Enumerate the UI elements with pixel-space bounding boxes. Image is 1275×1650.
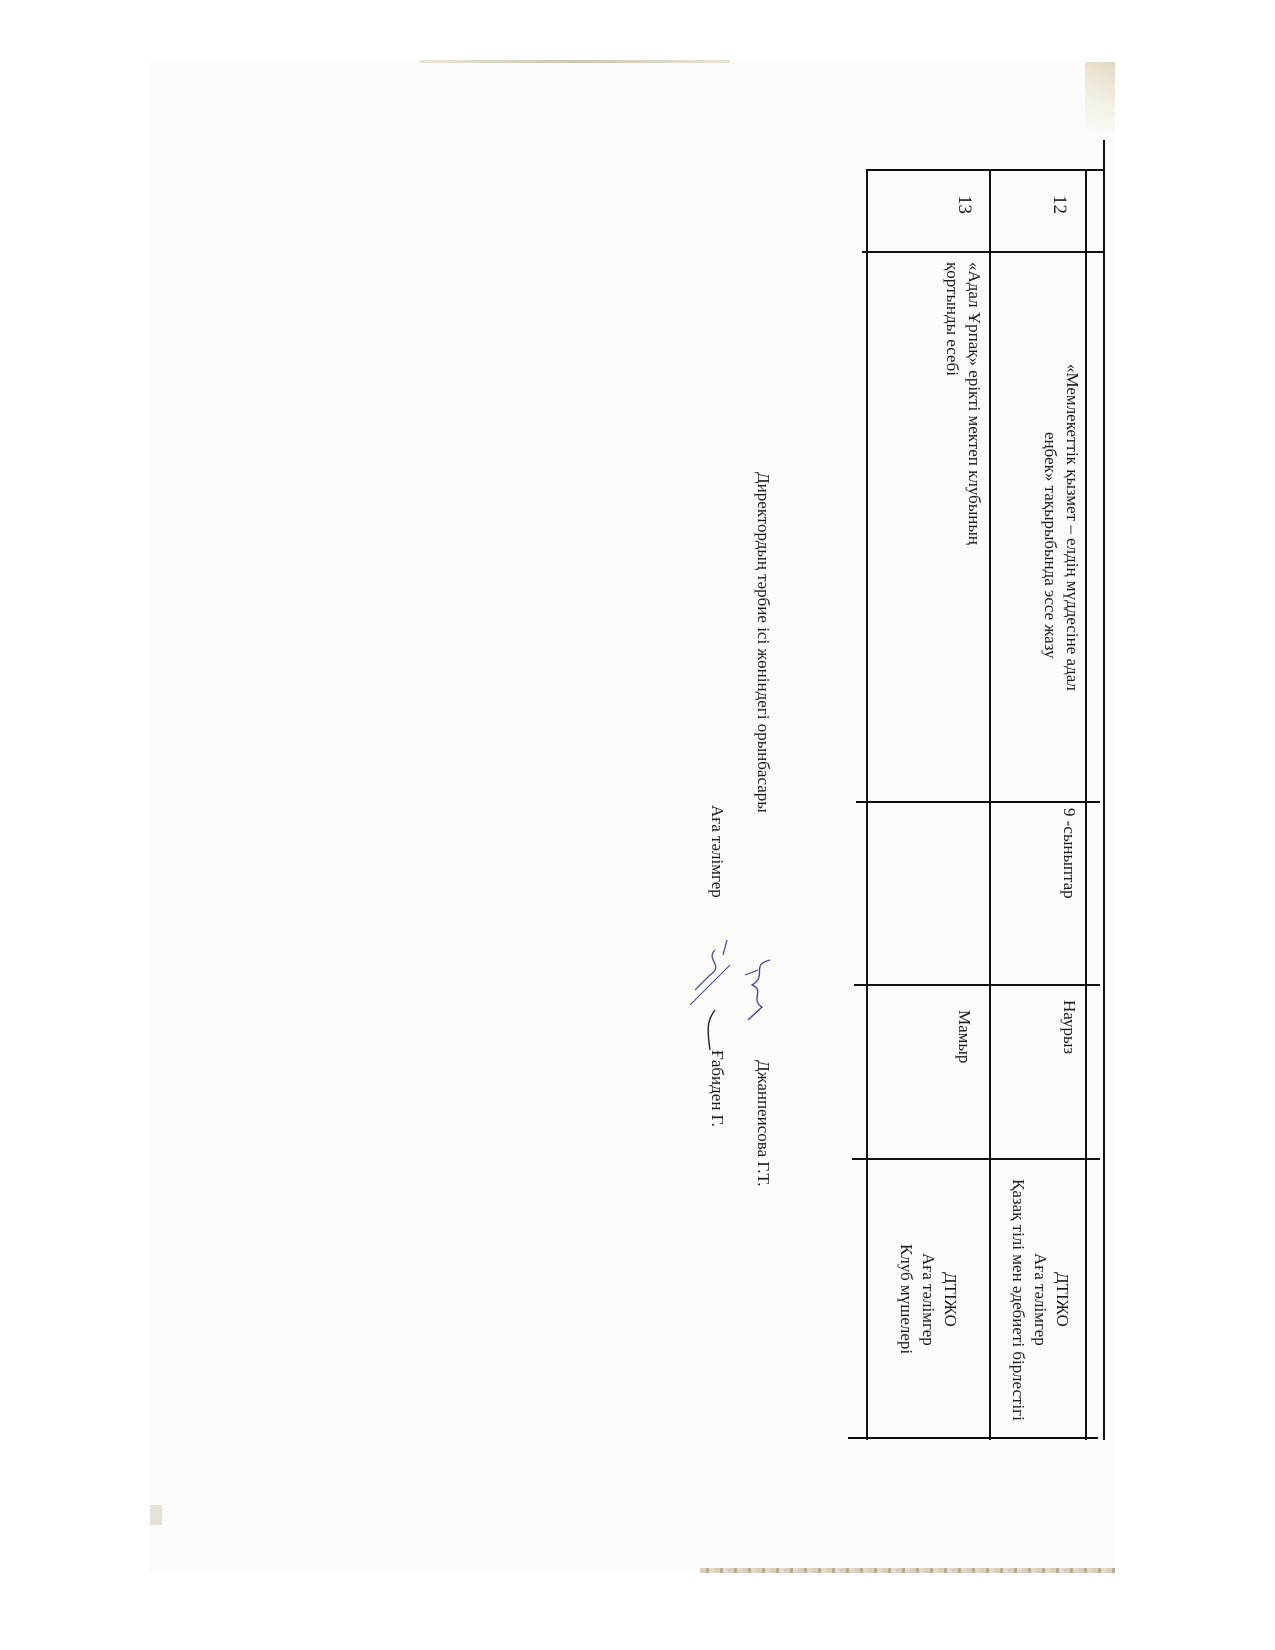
signature-position: Аға тәлімгер — [706, 805, 728, 898]
signature-name: Ғабиден Г. — [706, 1050, 728, 1127]
participants-cell — [935, 808, 975, 978]
month-cell: Мамыр — [935, 1010, 975, 1150]
event-cell: «Мемлекеттік қызмет – елдің мүддесіне ад… — [995, 255, 1083, 800]
page-edge-bottom — [700, 1568, 1115, 1573]
responsible-line: Аға тәлімгер — [1029, 1253, 1051, 1346]
signature-mark — [685, 935, 735, 1055]
responsible-cell: ДТІЖО Аға тәлімгер Қазақ тілі мен әдебие… — [995, 1162, 1085, 1437]
page-corner-fold — [1085, 62, 1115, 132]
event-line: «Адал Ұрпақ» ерікті мектеп клубының — [963, 262, 985, 792]
event-cell: «Адал Ұрпақ» ерікті мектеп клубының қорт… — [900, 262, 985, 792]
table-border-top — [866, 169, 1104, 171]
column-divider-event — [856, 801, 1100, 803]
responsible-line: ДТІЖО — [1051, 1272, 1073, 1327]
row-number: 12 — [1030, 195, 1070, 245]
row-divider-previous — [1085, 170, 1087, 1440]
signature-mark — [740, 955, 780, 1025]
signature-position: Директордың тәрбие ісі жөніндегі орынбас… — [752, 472, 774, 813]
column-divider-participants — [854, 984, 1100, 986]
responsible-line: Аға тәлімгер — [917, 1253, 939, 1346]
column-divider-number — [862, 251, 1104, 253]
participants-cell: 9 -сыныптар — [1040, 808, 1080, 978]
table-border-left — [866, 170, 868, 1440]
column-divider-month — [852, 1158, 1100, 1160]
event-line: еңбек» тақырыбында эссе жазу — [1039, 397, 1061, 659]
event-line: «Мемлекеттік қызмет – елдің мүддесіне ад… — [1061, 364, 1083, 691]
table-border-bottom — [848, 1437, 1098, 1439]
row-number: 13 — [935, 195, 975, 245]
scan-smudge — [150, 1505, 162, 1525]
responsible-cell: ДТІЖО Аға тәлімгер Клуб мүшелері — [872, 1162, 984, 1437]
responsible-line: Қазақ тілі мен әдебиеті бірлестігі — [1007, 1179, 1029, 1421]
responsible-line: Клуб мүшелері — [895, 1244, 917, 1354]
signature-name: Джанпеисова Г.Т. — [752, 1060, 774, 1186]
page-edge-top — [420, 60, 730, 63]
row-divider — [989, 170, 991, 1440]
table-border-right — [1103, 140, 1105, 1440]
event-line: қортынды есебі — [941, 262, 963, 792]
responsible-line: ДТІЖО — [939, 1272, 961, 1327]
month-cell: Наурыз — [1040, 1000, 1080, 1150]
